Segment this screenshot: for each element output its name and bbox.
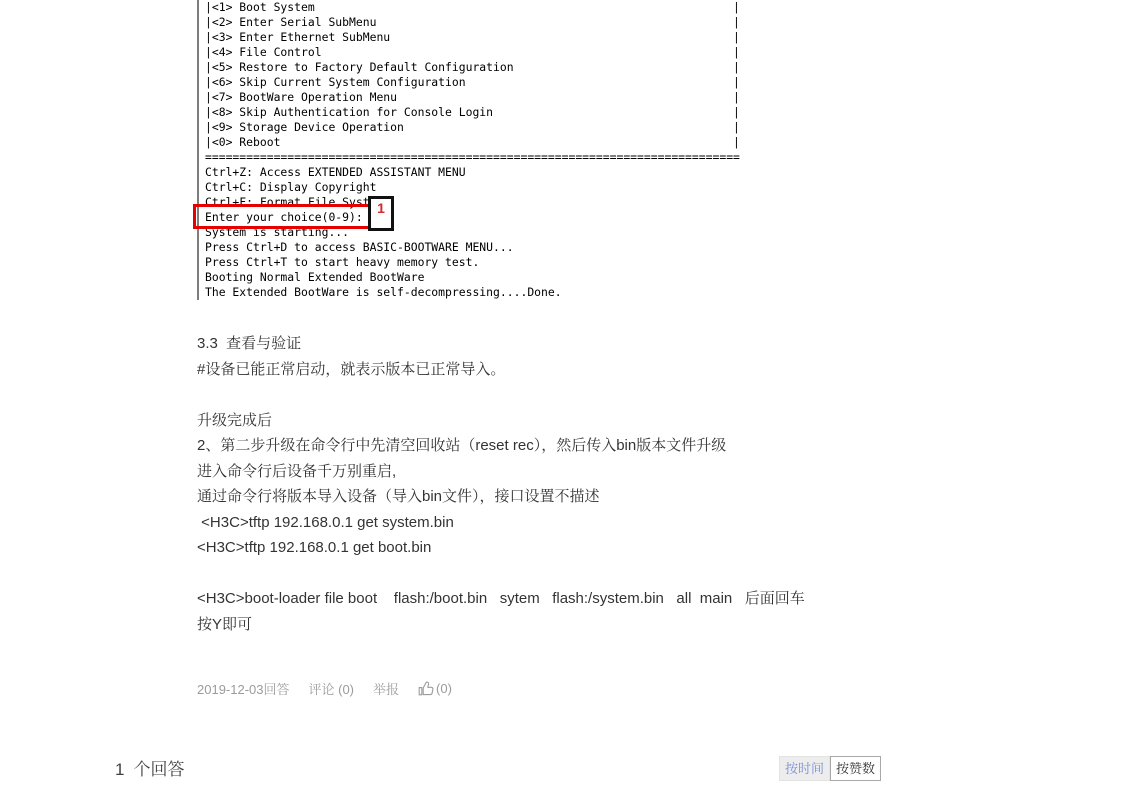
annotation-1-box: 1: [368, 196, 394, 231]
thumb-up-icon: [418, 681, 434, 696]
terminal-pre: |<1> Boot System | |<2> Enter Serial Sub…: [205, 0, 740, 300]
answer-date: 2019-12-03回答: [197, 679, 290, 698]
sort-group: 按时间 按赞数: [779, 756, 881, 781]
article-paragraph: <H3C>tftp 192.168.0.1 get system.bin: [197, 510, 897, 536]
report-link[interactable]: 举报: [373, 679, 399, 698]
article-paragraph: <H3C>boot-loader file boot flash:/boot.b…: [197, 586, 897, 612]
red-highlight-box: [193, 204, 374, 229]
sort-by-time-button[interactable]: 按时间: [779, 756, 830, 781]
article-paragraph: 2、第二步升级在命令行中先清空回收站（reset rec），然后传入bin版本文…: [197, 433, 897, 459]
page: |<1> Boot System | |<2> Enter Serial Sub…: [0, 0, 1136, 785]
article-paragraph: [197, 382, 897, 408]
answers-count-number: 1: [115, 760, 124, 779]
terminal-block: |<1> Boot System | |<2> Enter Serial Sub…: [197, 0, 740, 300]
answers-count-label: 个回答: [133, 760, 184, 779]
answers-count: 1个回答: [115, 755, 184, 780]
article-paragraph: 3.3 查看与验证: [197, 331, 897, 357]
comment-link[interactable]: 评论 (0): [309, 679, 355, 698]
article-paragraph: 升级完成后: [197, 408, 897, 434]
sort-by-likes-button[interactable]: 按赞数: [830, 756, 881, 781]
article-paragraph: #设备已能正常启动，就表示版本已正常导入。: [197, 357, 897, 383]
article: 3.3 查看与验证#设备已能正常启动，就表示版本已正常导入。 升级完成后2、第二…: [197, 331, 897, 637]
annotation-1-label: 1: [377, 200, 385, 216]
article-paragraph: <H3C>tftp 192.168.0.1 get boot.bin: [197, 535, 897, 561]
answer-footer: 2019-12-03回答 评论 (0) 举报 (0): [197, 679, 452, 698]
article-paragraph: 按Y即可: [197, 612, 897, 638]
like-button[interactable]: (0): [418, 681, 452, 696]
article-paragraph: [197, 561, 897, 587]
article-paragraph: 通过命令行将版本导入设备（导入bin文件），接口设置不描述: [197, 484, 897, 510]
article-paragraph: 进入命令行后设备千万别重启,: [197, 459, 897, 485]
like-count: (0): [436, 681, 452, 696]
